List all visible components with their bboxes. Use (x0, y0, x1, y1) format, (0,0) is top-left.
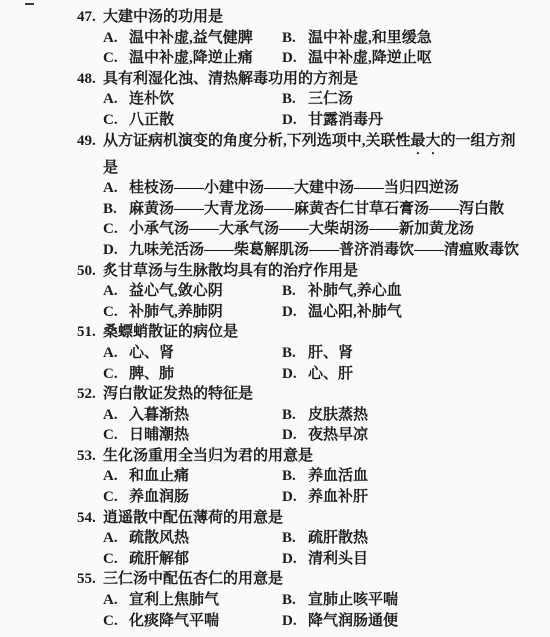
option-text: 补肺气,养心血 (308, 283, 402, 299)
question-number: 47. (77, 7, 96, 28)
option-51-C: C.脾、肺 (103, 364, 282, 385)
option-text: 温中补虚,和里缓急 (308, 30, 432, 46)
option-47-B: B.温中补虚,和里缓急 (282, 28, 542, 49)
option-letter: D. (282, 487, 298, 508)
question-51: 51. 桑螵蛸散证的病位是 A.心、肾 B.肝、肾 C.脾、肺 D.心、肝 (0, 322, 550, 384)
question-stem: 桑螵蛸散证的病位是 (103, 324, 238, 340)
question-stem: 生化汤重用全当归为君的用意是 (103, 448, 313, 464)
option-text: 麻黄汤——大青龙汤——麻黄杏仁甘草石膏汤——泻白散 (129, 201, 504, 217)
option-letter: D. (282, 48, 298, 69)
question-52: 52. 泻白散证发热的特征是 A.入暮渐热 B.皮肤蒸热 C.日晡潮热 D.夜热… (0, 384, 550, 446)
option-53-B: B.养血活血 (282, 466, 542, 487)
question-stem: 从方证病机演变的角度分析,下列选项中,关联性最大的一组方剂 (103, 133, 516, 149)
question-number: 51. (77, 322, 96, 343)
option-text: 养血补肝 (308, 489, 368, 505)
option-text: 心、肝 (308, 366, 353, 382)
option-48-C: C.八正散 (103, 110, 282, 131)
option-54-D: D.清利头目 (282, 549, 542, 570)
option-letter: C. (103, 487, 119, 508)
option-letter: D. (103, 240, 119, 261)
option-text: 降气润肠通便 (308, 613, 398, 629)
option-text: 九味羌活汤——柴葛解肌汤——普济消毒饮——清瘟败毒饮 (129, 242, 519, 258)
option-55-A: A.宣利上焦肺气 (103, 590, 282, 611)
option-51-A: A.心、肾 (103, 343, 282, 364)
option-letter: D. (282, 611, 298, 632)
option-47-A: A.温中补虚,益气健脾 (103, 28, 282, 49)
stem-text-pre: 从方证病机演变的角度分析,下列选项中,关联性 (103, 133, 411, 149)
question-49: 49. 从方证病机演变的角度分析,下列选项中,关联性最大的一组方剂 是 A.桂枝… (0, 131, 550, 261)
option-49-A: A.桂枝汤——小建中汤——大建中汤——当归四逆汤 (103, 178, 542, 199)
option-50-C: C.补肺气,养肺阴 (103, 302, 282, 323)
option-53-C: C.养血润肠 (103, 487, 282, 508)
question-number: 49. (77, 131, 96, 152)
option-text: 三仁汤 (308, 91, 353, 107)
question-number: 52. (77, 384, 96, 405)
option-letter: B. (282, 405, 298, 426)
option-text: 入暮渐热 (129, 407, 189, 423)
stem-text-emphasized: 最大 (411, 133, 441, 149)
question-stem: 大建中汤的功用是 (103, 9, 223, 25)
question-48: 48. 具有利湿化浊、清热解毒功用的方剂是 A.连朴饮 B.三仁汤 C.八正散 … (0, 69, 550, 131)
scan-artifact-mark (25, 3, 34, 5)
question-50: 50. 炙甘草汤与生脉散均具有的治疗作用是 A.益心气,敛心阴 B.补肺气,养心… (0, 261, 550, 323)
option-55-D: D.降气润肠通便 (282, 611, 542, 632)
option-49-D: D.九味羌活汤——柴葛解肌汤——普济消毒饮——清瘟败毒饮 (103, 240, 542, 261)
question-number: 54. (77, 508, 96, 529)
option-52-D: D.夜热早凉 (282, 425, 542, 446)
stem-text-post: 的一组方剂 (441, 133, 516, 149)
question-number: 48. (77, 69, 96, 90)
option-48-B: B.三仁汤 (282, 89, 542, 110)
option-49-C: C.小承气汤——大承气汤——大柴胡汤——新加黄龙汤 (103, 219, 542, 240)
option-text: 宣肺止咳平喘 (308, 592, 398, 608)
option-51-B: B.肝、肾 (282, 343, 542, 364)
option-text: 化痰降气平喘 (129, 613, 219, 629)
option-letter: B. (282, 466, 298, 487)
option-letter: A. (103, 281, 119, 302)
option-letter: C. (103, 302, 119, 323)
option-text: 夜热早凉 (308, 427, 368, 443)
option-52-B: B.皮肤蒸热 (282, 405, 542, 426)
option-letter: D. (282, 364, 298, 385)
question-stem: 三仁汤中配伍杏仁的用意是 (103, 571, 283, 587)
option-letter: B. (282, 343, 298, 364)
option-text: 心、肾 (129, 345, 174, 361)
exam-page: 47. 大建中汤的功用是 A.温中补虚,益气健脾 B.温中补虚,和里缓急 C.温… (0, 0, 550, 637)
option-letter: B. (103, 199, 119, 220)
option-text: 温中补虚,益气健脾 (129, 30, 253, 46)
option-letter: A. (103, 405, 119, 426)
option-letter: B. (282, 281, 298, 302)
option-54-A: A.疏散风热 (103, 528, 282, 549)
question-55: 55. 三仁汤中配伍杏仁的用意是 A.宣利上焦肺气 B.宣肺止咳平喘 C.化痰降… (0, 569, 550, 631)
option-text: 益心气,敛心阴 (129, 283, 223, 299)
question-53: 53. 生化汤重用全当归为君的用意是 A.和血止痛 B.养血活血 C.养血润肠 … (0, 446, 550, 508)
option-53-D: D.养血补肝 (282, 487, 542, 508)
option-47-D: D.温中补虚,降逆止呕 (282, 48, 542, 69)
option-letter: D. (282, 549, 298, 570)
option-52-C: C.日晡潮热 (103, 425, 282, 446)
option-text: 疏肝解郁 (129, 551, 189, 567)
option-letter: C. (103, 219, 119, 240)
option-text: 连朴饮 (129, 91, 174, 107)
option-text: 清利头目 (308, 551, 368, 567)
option-54-B: B.疏肝散热 (282, 528, 542, 549)
option-letter: A. (103, 590, 119, 611)
option-55-C: C.化痰降气平喘 (103, 611, 282, 632)
option-letter: C. (103, 48, 119, 69)
option-letter: A. (103, 528, 119, 549)
option-text: 温心阳,补肺气 (308, 304, 402, 320)
option-51-D: D.心、肝 (282, 364, 542, 385)
option-52-A: A.入暮渐热 (103, 405, 282, 426)
option-text: 温中补虚,降逆止痛 (129, 50, 253, 66)
option-letter: B. (282, 89, 298, 110)
option-55-B: B.宣肺止咳平喘 (282, 590, 542, 611)
question-number: 53. (77, 446, 96, 467)
question-number: 55. (77, 569, 96, 590)
option-text: 补肺气,养肺阴 (129, 304, 223, 320)
option-letter: D. (282, 302, 298, 323)
option-letter: D. (282, 425, 298, 446)
question-stem: 具有利湿化浊、清热解毒功用的方剂是 (103, 71, 358, 87)
option-text: 皮肤蒸热 (308, 407, 368, 423)
option-letter: B. (282, 590, 298, 611)
option-text: 宣利上焦肺气 (129, 592, 219, 608)
option-48-D: D.甘露消毒丹 (282, 110, 542, 131)
question-stem: 炙甘草汤与生脉散均具有的治疗作用是 (103, 263, 358, 279)
option-text: 养血润肠 (129, 489, 189, 505)
option-letter: A. (103, 89, 119, 110)
option-text: 脾、肺 (129, 366, 174, 382)
option-47-C: C.温中补虚,降逆止痛 (103, 48, 282, 69)
option-letter: A. (103, 343, 119, 364)
question-stem: 泻白散证发热的特征是 (103, 386, 253, 402)
option-text: 和血止痛 (129, 468, 189, 484)
option-letter: B. (282, 28, 298, 49)
option-text: 八正散 (129, 112, 174, 128)
option-letter: C. (103, 364, 119, 385)
option-letter: C. (103, 611, 119, 632)
option-54-C: C.疏肝解郁 (103, 549, 282, 570)
option-text: 疏散风热 (129, 530, 189, 546)
question-54: 54. 逍遥散中配伍薄荷的用意是 A.疏散风热 B.疏肝散热 C.疏肝解郁 D.… (0, 508, 550, 570)
option-text: 养血活血 (308, 468, 368, 484)
option-text: 温中补虚,降逆止呕 (308, 50, 432, 66)
option-49-B: B.麻黄汤——大青龙汤——麻黄杏仁甘草石膏汤——泻白散 (103, 199, 542, 220)
option-letter: A. (103, 28, 119, 49)
option-53-A: A.和血止痛 (103, 466, 282, 487)
question-stem-continuation: 是 (103, 158, 542, 179)
option-50-D: D.温心阳,补肺气 (282, 302, 542, 323)
option-text: 肝、肾 (308, 345, 353, 361)
option-letter: C. (103, 425, 119, 446)
option-letter: C. (103, 549, 119, 570)
option-text: 甘露消毒丹 (308, 112, 383, 128)
option-letter: B. (282, 528, 298, 549)
question-number: 50. (77, 261, 96, 282)
option-text: 疏肝散热 (308, 530, 368, 546)
option-50-B: B.补肺气,养心血 (282, 281, 542, 302)
question-stem: 逍遥散中配伍薄荷的用意是 (103, 510, 283, 526)
option-text: 小承气汤——大承气汤——大柴胡汤——新加黄龙汤 (129, 221, 474, 237)
option-letter: D. (282, 110, 298, 131)
question-47: 47. 大建中汤的功用是 A.温中补虚,益气健脾 B.温中补虚,和里缓急 C.温… (0, 7, 550, 69)
option-letter: C. (103, 110, 119, 131)
option-letter: A. (103, 466, 119, 487)
option-letter: A. (103, 178, 119, 199)
option-50-A: A.益心气,敛心阴 (103, 281, 282, 302)
option-text: 日晡潮热 (129, 427, 189, 443)
option-text: 桂枝汤——小建中汤——大建中汤——当归四逆汤 (129, 180, 459, 196)
option-48-A: A.连朴饮 (103, 89, 282, 110)
